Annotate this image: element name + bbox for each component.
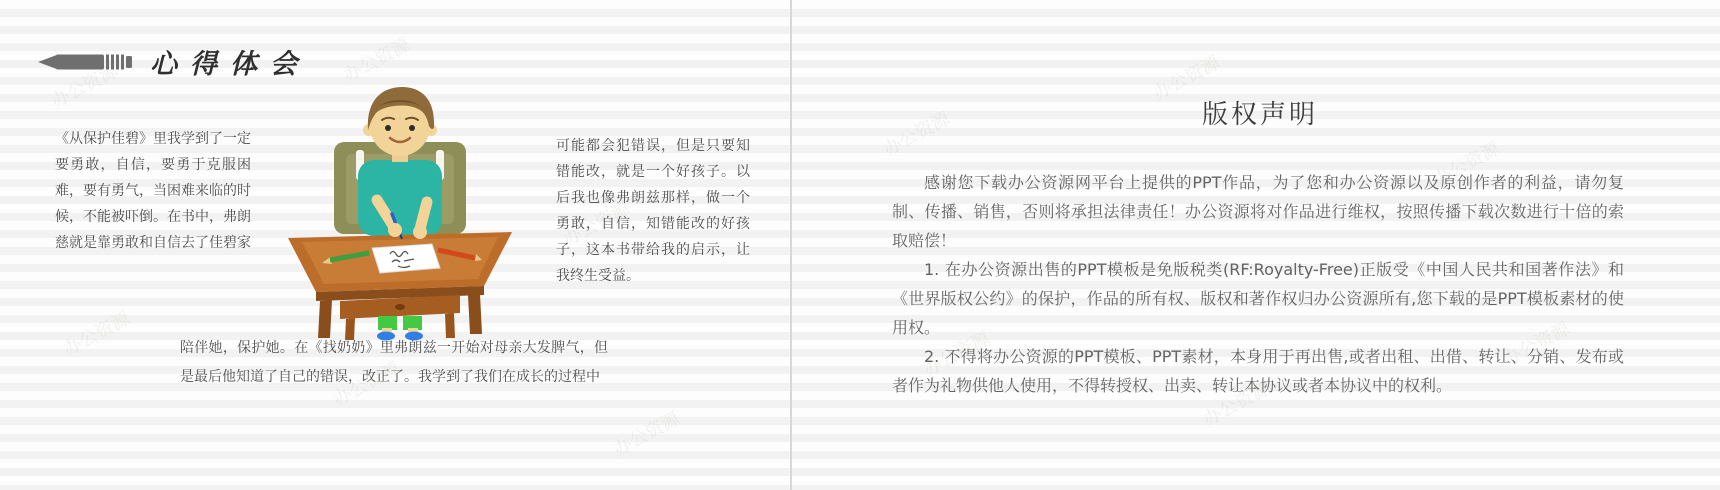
left-slide-title: 心得体会 — [150, 42, 310, 81]
bottom-paragraph: 陪伴她，保护她。在《找奶奶》里弗朗兹一开始对母亲大发脾气，但是最后他知道了自己的… — [180, 334, 608, 392]
copyright-title: 版权声明 — [800, 94, 1720, 131]
right-paragraph: 可能都会犯错误，但是只要知错能改，就是一个好孩子。以后我也像弗朗兹那样，做一个勇… — [556, 133, 750, 289]
slide-right: 版权声明 感谢您下载办公资源网平台上提供的PPT作品，为了您和办公资源以及原创作… — [800, 0, 1720, 490]
boy-writing-illustration — [272, 80, 528, 342]
copyright-body: 感谢您下载办公资源网平台上提供的PPT作品，为了您和办公资源以及原创作者的利益，… — [892, 168, 1624, 400]
left-paragraph: 《从保护佳碧》里我学到了一定要勇敢，自信，要勇于克服困难，要有勇气，当困难来临的… — [55, 126, 251, 256]
copyright-paragraph-1: 感谢您下载办公资源网平台上提供的PPT作品，为了您和办公资源以及原创作者的利益，… — [892, 168, 1624, 255]
left-slide-header: 心得体会 — [38, 42, 310, 81]
copyright-paragraph-3: 2. 不得将办公资源的PPT模板、PPT素材，本身用于再出售,或者出租、出借、转… — [892, 342, 1624, 400]
pencil-icon — [38, 51, 134, 73]
slide-divider — [790, 0, 792, 490]
slide-left: 心得体会 《从保护佳碧》里我学到了一定要勇敢，自信，要勇于克服困难，要有勇气，当… — [0, 0, 790, 490]
copyright-paragraph-2: 1. 在办公资源出售的PPT模板是免版税类(RF:Royalty-Free)正版… — [892, 255, 1624, 342]
